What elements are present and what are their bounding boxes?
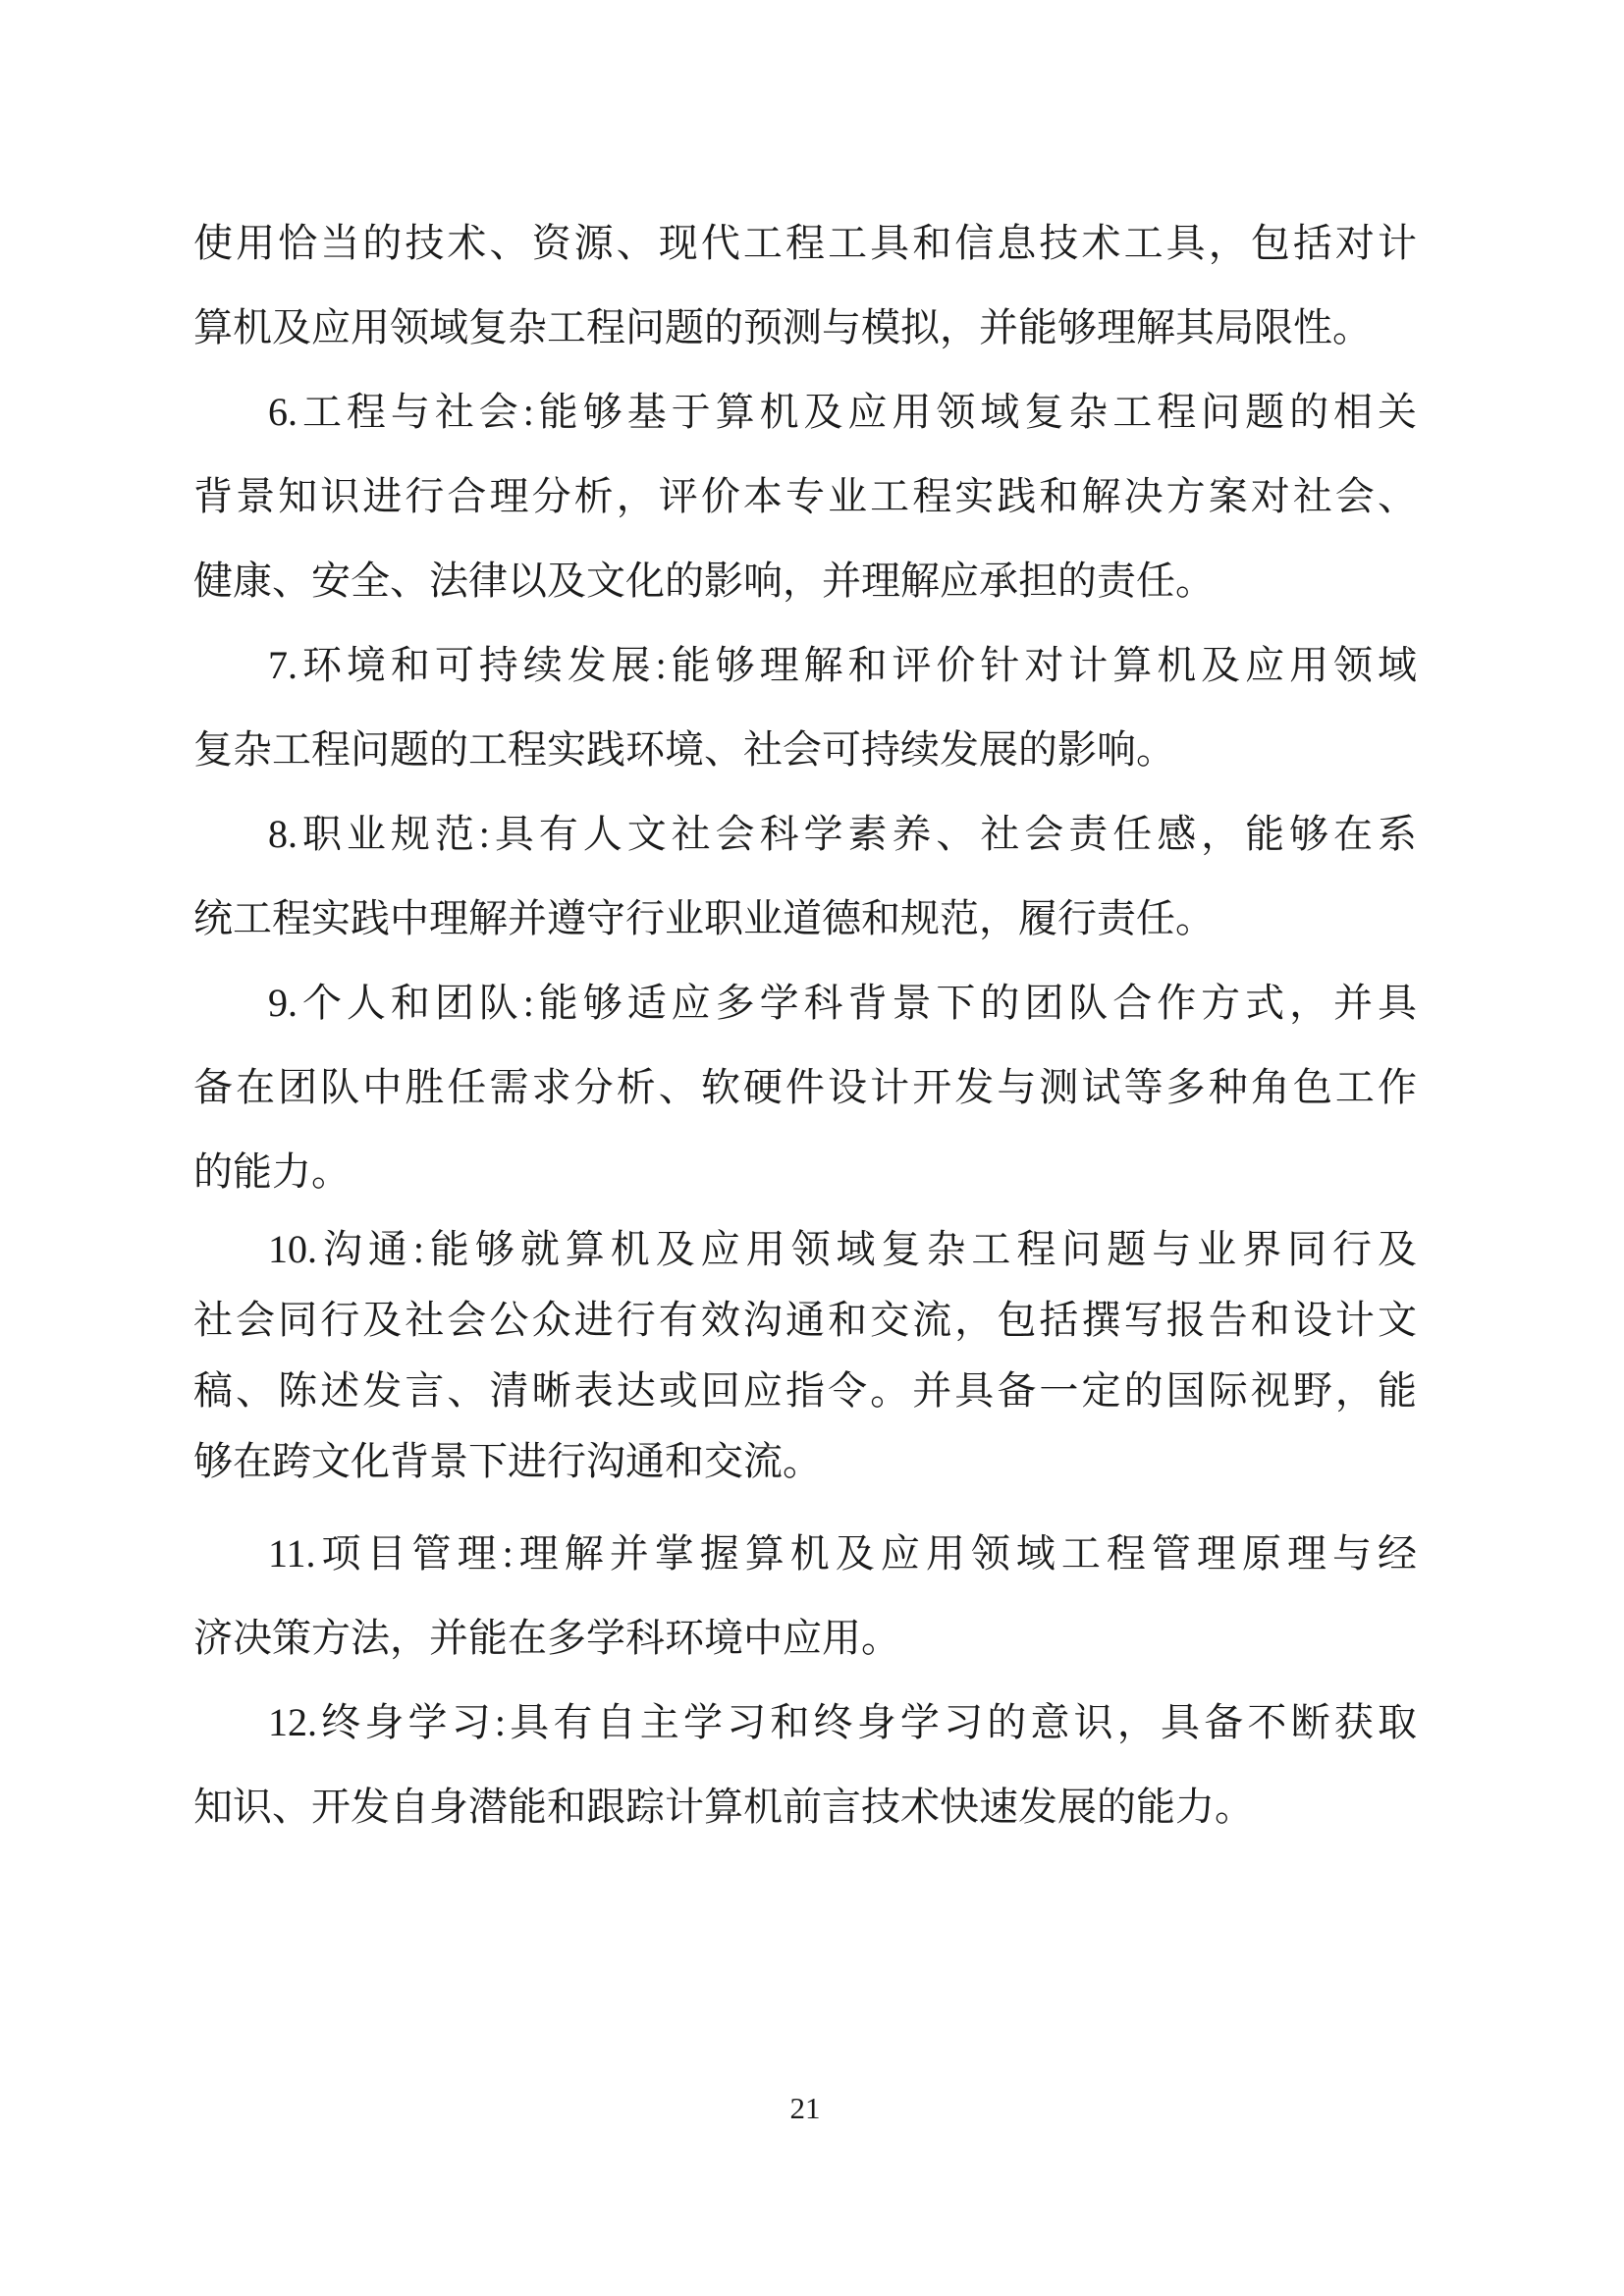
text-line: 11.项目管理:理解并掌握算机及应用领域工程管理原理与经 (193, 1512, 1417, 1596)
text-line: 使用恰当的技术、资源、现代工程工具和信息技术工具，包括对计 (193, 201, 1417, 286)
text-line: 算机及应用领域复杂工程问题的预测与模拟，并能够理解其局限性。 (193, 286, 1417, 370)
paragraph-11-project-management: 11.项目管理:理解并掌握算机及应用领域工程管理原理与经 济决策方法，并能在多学… (193, 1512, 1417, 1681)
text-line: 6.工程与社会:能够基于算机及应用领域复杂工程问题的相关 (193, 370, 1417, 454)
paragraph-12-lifelong-learning: 12.终身学习:具有自主学习和终身学习的意识，具备不断获取 知识、开发自身潜能和… (193, 1681, 1417, 1849)
paragraph-6-engineering-and-society: 6.工程与社会:能够基于算机及应用领域复杂工程问题的相关 背景知识进行合理分析，… (193, 370, 1417, 623)
document-page: 使用恰当的技术、资源、现代工程工具和信息技术工具，包括对计 算机及应用领域复杂工… (0, 0, 1624, 2296)
text-line: 够在跨文化背景下进行沟通和交流。 (193, 1426, 1417, 1497)
paragraph-9-individual-and-team: 9.个人和团队:能够适应多学科背景下的团队合作方式，并具 备在团队中胜任需求分析… (193, 961, 1417, 1214)
text-line: 济决策方法，并能在多学科环境中应用。 (193, 1596, 1417, 1681)
text-line: 稿、陈述发言、清晰表达或回应指令。并具备一定的国际视野，能 (193, 1356, 1417, 1426)
text-line: 健康、安全、法律以及文化的影响，并理解应承担的责任。 (193, 539, 1417, 623)
text-line: 7.环境和可持续发展:能够理解和评价针对计算机及应用领域 (193, 623, 1417, 708)
paragraph-7-environment-and-sustainable-development: 7.环境和可持续发展:能够理解和评价针对计算机及应用领域 复杂工程问题的工程实践… (193, 623, 1417, 792)
text-line: 10.沟通:能够就算机及应用领域复杂工程问题与业界同行及 (193, 1214, 1417, 1285)
text-line: 的能力。 (193, 1130, 1417, 1214)
text-line: 复杂工程问题的工程实践环境、社会可持续发展的影响。 (193, 708, 1417, 792)
text-line: 8.职业规范:具有人文社会科学素养、社会责任感，能够在系 (193, 792, 1417, 877)
paragraph-5-continuation: 使用恰当的技术、资源、现代工程工具和信息技术工具，包括对计 算机及应用领域复杂工… (193, 201, 1417, 370)
text-line: 知识、开发自身潜能和跟踪计算机前言技术快速发展的能力。 (193, 1765, 1417, 1849)
text-line: 统工程实践中理解并遵守行业职业道德和规范，履行责任。 (193, 877, 1417, 961)
text-line: 背景知识进行合理分析，评价本专业工程实践和解决方案对社会、 (193, 454, 1417, 539)
paragraph-10-communication: 10.沟通:能够就算机及应用领域复杂工程问题与业界同行及 社会同行及社会公众进行… (193, 1214, 1417, 1497)
text-line: 备在团队中胜任需求分析、软硬件设计开发与测试等多种角色工作 (193, 1045, 1417, 1130)
page-footer: 21 (193, 2089, 1417, 2128)
page-body-text: 使用恰当的技术、资源、现代工程工具和信息技术工具，包括对计 算机及应用领域复杂工… (193, 201, 1417, 1849)
text-line: 社会同行及社会公众进行有效沟通和交流，包括撰写报告和设计文 (193, 1285, 1417, 1356)
page-number: 21 (790, 2091, 821, 2125)
text-line: 9.个人和团队:能够适应多学科背景下的团队合作方式，并具 (193, 961, 1417, 1045)
text-line: 12.终身学习:具有自主学习和终身学习的意识，具备不断获取 (193, 1681, 1417, 1765)
paragraph-8-professional-norms: 8.职业规范:具有人文社会科学素养、社会责任感，能够在系 统工程实践中理解并遵守… (193, 792, 1417, 961)
